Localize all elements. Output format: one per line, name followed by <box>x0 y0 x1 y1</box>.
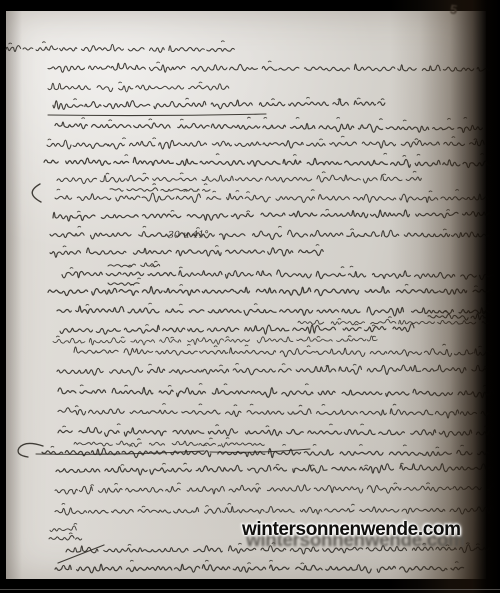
handwriting-stroke <box>55 485 494 494</box>
scan-edge-line <box>0 589 500 590</box>
handwriting-stroke <box>86 303 489 305</box>
handwriting-stroke <box>298 319 489 324</box>
handwriting-stroke <box>58 427 494 437</box>
handwriting-stroke <box>55 564 464 573</box>
handwriting-stroke <box>74 97 384 99</box>
handwriting-stroke <box>48 83 229 92</box>
handwriting-stroke <box>48 114 266 116</box>
handwriting-stroke <box>18 443 43 457</box>
handwriting-stroke <box>50 248 323 257</box>
handwriting-stroke <box>63 424 487 427</box>
handwriting-stroke <box>56 336 375 338</box>
handwriting-stroke <box>53 336 377 345</box>
handwriting-stroke <box>77 209 449 212</box>
handwriting-stroke <box>74 441 264 447</box>
handwriting-stroke <box>32 184 41 202</box>
handwriting-stroke <box>48 136 477 140</box>
handwriting-stroke <box>48 287 491 296</box>
handwriting-stroke <box>69 533 72 534</box>
handwriting-stroke <box>130 560 458 563</box>
handwriting-stroke <box>108 283 139 286</box>
handwriting-stroke <box>106 171 416 175</box>
handwriting-stroke <box>125 153 484 156</box>
handwriting-stroke <box>210 449 310 452</box>
handwriting-stroke <box>36 44 234 52</box>
handwriting-stroke <box>154 261 157 262</box>
handwriting-stroke <box>153 184 207 185</box>
handwriting-stroke <box>55 193 489 202</box>
handwriting-stroke <box>428 314 486 320</box>
handwriting-stroke <box>55 122 483 132</box>
handwriting-stroke <box>75 404 396 407</box>
watermark-text: wintersonnenwende.com <box>242 519 461 540</box>
handwriting-stroke <box>157 61 271 63</box>
handwriting-stroke <box>62 503 354 507</box>
handwriting-stroke <box>44 157 491 167</box>
handwriting-stroke <box>138 438 230 440</box>
handwriting-stroke <box>53 99 385 109</box>
handwriting-stroke <box>49 536 82 540</box>
handwriting-stroke <box>57 175 421 184</box>
handwriting-stroke <box>121 463 403 466</box>
legible-fragment: 30 u 41° <box>168 229 209 241</box>
handwriting-stroke <box>187 344 481 347</box>
handwriting-stroke <box>53 210 491 221</box>
handwriting-stroke <box>91 483 495 486</box>
handwriting-stroke <box>82 117 467 121</box>
handwriting-stroke <box>131 284 478 286</box>
handwriting-stroke <box>62 270 494 279</box>
handwriting-stroke <box>74 523 77 524</box>
handwriting-stroke <box>48 63 491 72</box>
handwriting-stroke <box>78 226 446 230</box>
handwriting-stroke <box>55 506 494 515</box>
handwriting-stroke <box>47 140 484 149</box>
handwriting-stroke <box>9 43 12 44</box>
handwriting-stroke <box>42 448 489 457</box>
handwriting-stroke <box>50 526 76 532</box>
handwriting-stroke <box>149 363 488 367</box>
handwriting-stroke <box>146 324 375 326</box>
watermark: wintersonnenwende.com wintersonnenwende.… <box>242 520 461 539</box>
scanned-manuscript-page: 5 30 u 41° wintersonnenwende.com winters… <box>0 0 500 593</box>
handwriting-stroke <box>110 188 210 192</box>
handwriting-stroke <box>6 46 33 52</box>
handwriting-stroke <box>50 230 489 239</box>
handwriting-stroke <box>80 384 486 387</box>
handwriting-stroke <box>74 347 492 357</box>
handwriting-stroke <box>58 408 490 418</box>
handwriting-stroke <box>60 324 414 334</box>
handwriting-stroke <box>58 387 494 397</box>
handwriting-stroke <box>138 278 141 279</box>
handwriting-stroke <box>119 82 202 83</box>
handwriting-stroke <box>43 41 225 43</box>
handwriting-stroke <box>57 365 487 375</box>
handwriting-layer: 30 u 41° <box>0 0 500 593</box>
handwriting-stroke <box>57 306 490 316</box>
handwriting-stroke <box>63 245 319 247</box>
